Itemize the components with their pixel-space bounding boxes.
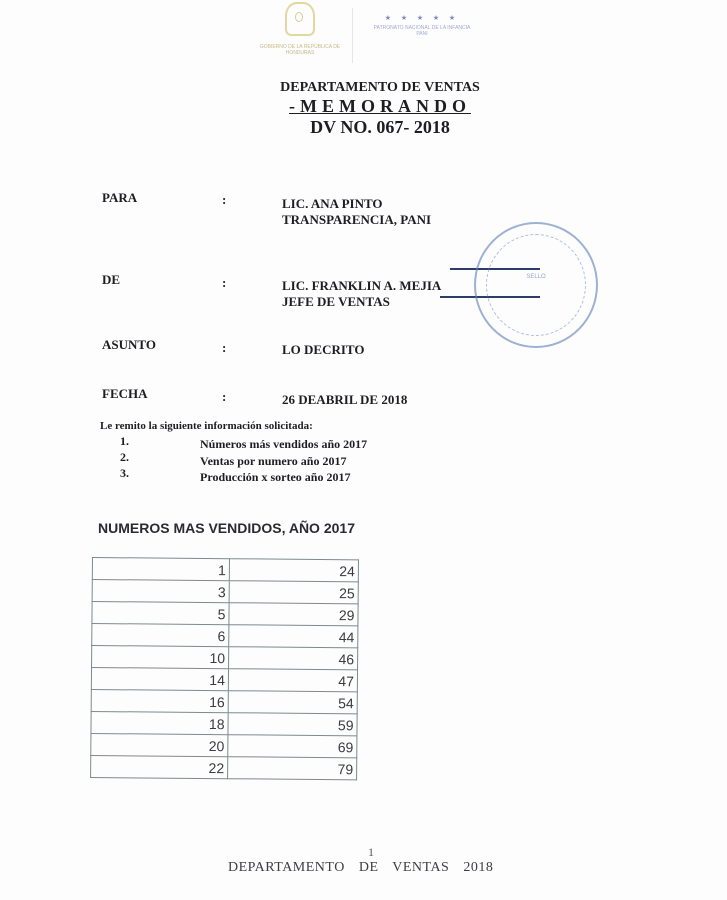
- number-cell: 3: [92, 580, 229, 603]
- footer-text: DEPARTAMENTO DE VENTAS 2018: [228, 860, 493, 876]
- sales-cell: 69: [228, 735, 357, 758]
- field-label-fecha: FECHA: [102, 386, 148, 402]
- sales-cell: 29: [229, 603, 358, 626]
- field-colon: :: [222, 275, 226, 291]
- field-value-fecha: 26 DEABRIL DE 2018: [282, 392, 407, 408]
- page-number: 1: [368, 845, 374, 860]
- field-colon: :: [222, 389, 226, 405]
- number-cell: 20: [91, 733, 228, 756]
- field-colon: :: [222, 340, 226, 356]
- sales-cell: 25: [229, 581, 358, 604]
- table-row: 1654: [91, 689, 357, 713]
- sales-cell: 46: [229, 647, 358, 670]
- pani-logo: ★ ★ ★ ★ ★ PATRONATO NACIONAL DE LA INFAN…: [372, 14, 472, 37]
- number-cell: 6: [92, 624, 229, 647]
- sales-cell: 79: [228, 757, 357, 780]
- field-label-para: PARA: [102, 190, 137, 206]
- list-number: 2.: [120, 450, 129, 465]
- table-row: 644: [92, 624, 358, 648]
- coat-of-arms-icon: [285, 2, 315, 36]
- number-cell: 22: [91, 755, 228, 778]
- government-logo: GOBIERNO DE LA REPÚBLICA DE HONDURAS: [250, 2, 350, 64]
- sender-title: JEFE DE VENTAS: [282, 294, 441, 310]
- sender-name: LIC. FRANKLIN A. MEJIA: [282, 278, 441, 294]
- list-item: Ventas por numero año 2017: [200, 454, 346, 469]
- memo-title: -MEMORANDO: [250, 96, 510, 116]
- memo-heading: DEPARTAMENTO DE VENTAS -MEMORANDO DV NO.…: [250, 80, 510, 138]
- recipient-department: TRANSPARENCIA, PANI: [282, 212, 431, 228]
- field-value-de: LIC. FRANKLIN A. MEJIA JEFE DE VENTAS: [282, 278, 441, 310]
- memo-number: DV NO. 067- 2018: [250, 116, 510, 138]
- field-label-de: DE: [102, 272, 120, 288]
- number-cell: 1: [92, 558, 229, 581]
- table-row: 1859: [91, 711, 357, 735]
- field-label-asunto: ASUNTO: [102, 337, 156, 353]
- government-logo-text: GOBIERNO DE LA REPÚBLICA DE HONDURAS: [250, 44, 350, 56]
- official-stamp: SELLO: [474, 222, 598, 348]
- department-title: DEPARTAMENTO DE VENTAS: [250, 80, 510, 96]
- table-row: 325: [92, 580, 358, 604]
- table-title: NUMEROS MAS VENDIDOS, AÑO 2017: [98, 518, 378, 538]
- intro-text: Le remito la siguiente información solic…: [100, 420, 313, 432]
- stamp-ring: [486, 234, 586, 336]
- sales-cell: 24: [229, 559, 358, 582]
- list-number: 3.: [120, 466, 129, 481]
- top-numbers-table: 124325529644104614471654185920692279: [90, 557, 359, 780]
- number-cell: 5: [92, 602, 229, 625]
- table-row: 1447: [91, 668, 357, 692]
- field-value-asunto: LO DECRITO: [282, 342, 364, 358]
- table-row: 2279: [91, 755, 357, 779]
- table-row: 529: [92, 602, 358, 626]
- list-item: Producción x sorteo año 2017: [200, 470, 350, 485]
- sales-cell: 47: [228, 669, 357, 692]
- sales-cell: 44: [229, 625, 358, 648]
- sales-cell: 59: [228, 713, 357, 736]
- number-cell: 14: [91, 668, 228, 691]
- field-value-para: LIC. ANA PINTO TRANSPARENCIA, PANI: [282, 196, 431, 228]
- list-number: 1.: [120, 434, 129, 449]
- list-item: Números más vendidos año 2017: [200, 437, 367, 452]
- logo-divider: [352, 8, 353, 63]
- pani-logo-text: PATRONATO NACIONAL DE LA INFANCIA PANI: [372, 25, 472, 37]
- table-row: 2069: [91, 733, 357, 757]
- stars-icon: ★ ★ ★ ★ ★: [372, 14, 472, 22]
- number-cell: 18: [91, 711, 228, 734]
- number-cell: 10: [92, 646, 229, 669]
- table-row: 1046: [92, 646, 358, 670]
- recipient-name: LIC. ANA PINTO: [282, 196, 431, 212]
- sales-cell: 54: [228, 691, 357, 714]
- stamp-text: SELLO: [476, 274, 596, 280]
- number-cell: 16: [91, 689, 228, 712]
- field-colon: :: [222, 192, 226, 208]
- table-row: 124: [92, 558, 358, 582]
